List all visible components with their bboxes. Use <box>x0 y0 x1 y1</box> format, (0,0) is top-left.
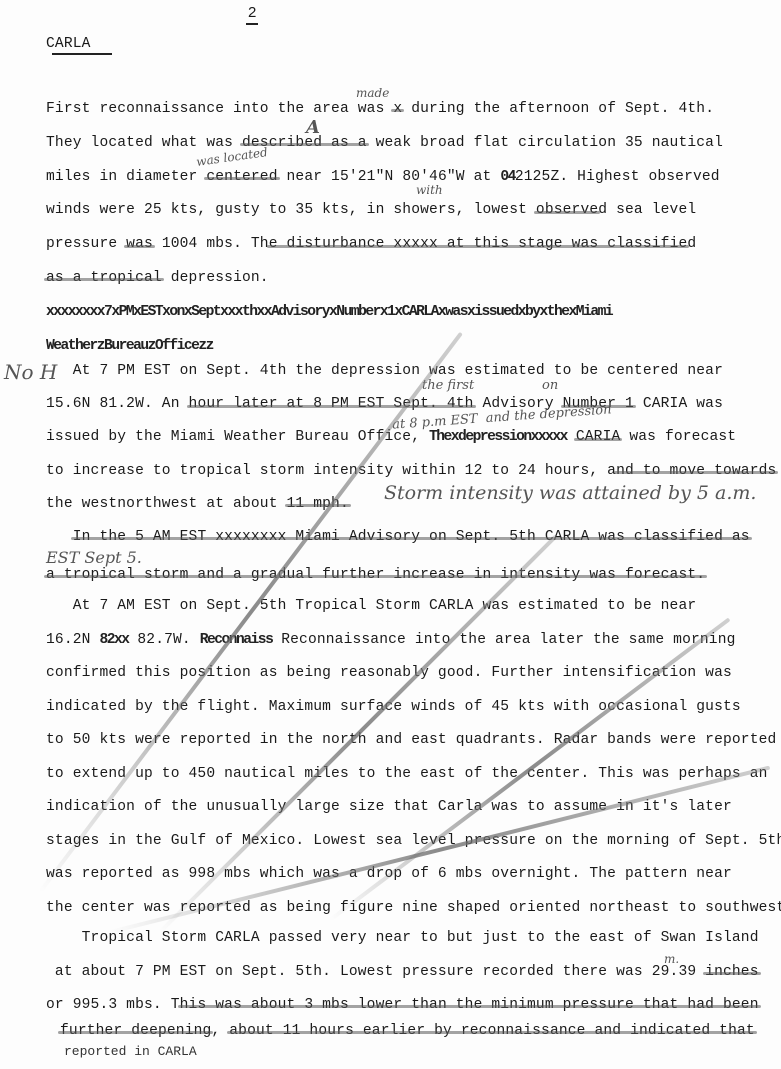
annotation-est-sept-5: EST Sept 5. <box>46 548 142 567</box>
struck-text: CARIA <box>576 429 621 445</box>
text-line: or 995.3 mbs. This was about 3 mbs lower… <box>46 996 759 1014</box>
text-segment: issued by the Miami Weather Bureau Offic… <box>46 429 429 445</box>
text-segment: stages in the Gulf of Mexico. Lowest sea… <box>46 833 781 849</box>
text-line: the center was reported as being figure … <box>46 899 781 917</box>
annotation-a: A <box>306 117 320 138</box>
text-segment: pressure <box>46 236 126 252</box>
text-segment: the westnorthwest at about <box>46 496 287 512</box>
text-segment <box>46 529 73 545</box>
text-segment: to extend up to 450 nautical miles to th… <box>46 766 768 782</box>
typed-xout: 82xx <box>99 632 128 648</box>
text-line: In the 5 AM EST xxxxxxxx Miami Advisory … <box>46 528 750 546</box>
text-line: pressure was 1004 mbs. The disturbance x… <box>46 235 696 253</box>
text-segment: 82.7W. <box>128 632 199 648</box>
struck-text: observe <box>536 202 598 218</box>
typed-xout: xxxxxxxx7xPMxESTxonxSeptxxxthxxAdvisoryx… <box>46 304 612 320</box>
document-heading: CARLA <box>46 35 91 53</box>
text-line: winds were 25 kts, gusty to 35 kts, in s… <box>46 201 696 219</box>
text-segment: winds were 25 kts, gusty to 35 kts, in s… <box>46 202 536 218</box>
text-line: WeatherzBureauzOfficezz <box>46 337 213 355</box>
text-segment: d sea level <box>598 202 696 218</box>
text-segment: miles in diameter <box>46 169 206 185</box>
heading-underline <box>52 53 112 55</box>
text-line: 15.6N 81.2W. An hour later at 8 PM EST S… <box>46 395 723 413</box>
text-segment: depression. <box>162 270 269 286</box>
text-line: the westnorthwest at about 11 mph. <box>46 495 349 513</box>
typed-xout: Thexdepressionxxxxx <box>429 429 567 445</box>
text-segment: They located what was <box>46 135 242 151</box>
struck-text: In the 5 AM EST xxxxxxxx Miami Advisory … <box>73 529 750 545</box>
typed-xout: 04 <box>500 169 515 185</box>
text-line: a tropical storm and a gradual further i… <box>46 566 705 584</box>
text-segment: or 995.3 mbs. T <box>46 997 180 1013</box>
struck-text: about 11 hours earlier by reconnaissance… <box>229 1023 755 1039</box>
text-segment: to increase to tropical storm intensity … <box>46 463 616 479</box>
annotation-the-first: the first <box>422 378 474 393</box>
text-line: at about 7 PM EST on Sept. 5th. Lowest p… <box>46 963 759 981</box>
text-segment: near 15'21"N 80'46"W at <box>278 169 501 185</box>
typed-xout: WeatherzBureauzOfficezz <box>46 338 213 354</box>
text-line: At 7 PM EST on Sept. 4th the depression … <box>46 362 723 380</box>
struck-text: inches <box>705 964 758 980</box>
text-segment: 2125Z. Highest observed <box>515 169 720 185</box>
struck-text: x <box>393 101 402 117</box>
text-line: Tropical Storm CARLA passed very near to… <box>46 929 759 947</box>
text-segment: during the afternoon of Sept. 4th. <box>402 101 714 117</box>
text-line: further deepening, about 11 hours earlie… <box>60 1022 755 1040</box>
text-segment: confirmed this position as being reasona… <box>46 665 732 681</box>
annotation-m: m. <box>664 952 679 966</box>
text-segment: was forecast <box>620 429 736 445</box>
annotation-with: with <box>416 183 443 197</box>
struck-text: nd to move towards <box>616 463 776 479</box>
struck-text: e disturbance xxxxx at this stage was cl… <box>269 236 688 252</box>
text-segment: Tropical Storm CARLA passed very near to… <box>46 930 759 946</box>
text-segment: d <box>687 236 696 252</box>
annotation-on: on <box>542 378 558 393</box>
struck-text: centered <box>206 169 277 185</box>
text-line: issued by the Miami Weather Bureau Offic… <box>46 428 736 446</box>
document-page: 2 CARLA First reconnaissance into the ar… <box>0 0 781 1069</box>
text-line: At 7 AM EST on Sept. 5th Tropical Storm … <box>46 597 696 615</box>
text-segment: At 7 PM EST on Sept. 4th the depression … <box>46 363 723 379</box>
struck-text: further deepening <box>60 1023 211 1039</box>
annotation-made: made <box>356 86 389 100</box>
text-segment: CARIA was <box>634 396 723 412</box>
text-segment: First reconnaissance into the area was <box>46 101 393 117</box>
text-line: to extend up to 450 nautical miles to th… <box>46 765 768 783</box>
annotation-storm-intensity: Storm intensity was attained by 5 a.m. <box>384 482 756 504</box>
text-segment: At 7 AM EST on Sept. 5th Tropical Storm … <box>46 598 696 614</box>
text-segment: Reconnaissance into the area later the s… <box>272 632 735 648</box>
text-line: xxxxxxxx7xPMxESTxonxSeptxxxthxxAdvisoryx… <box>46 303 612 321</box>
text-line: to increase to tropical storm intensity … <box>46 462 776 480</box>
text-segment: 16.2N <box>46 632 99 648</box>
text-segment: the center was reported as being figure … <box>46 900 781 916</box>
struck-text: a tropical storm and a gradual further i… <box>46 567 705 583</box>
text-segment: 15.6N 81.2W. An <box>46 396 189 412</box>
text-segment: at about 7 PM EST on Sept. 5th. Lowest p… <box>46 964 705 980</box>
annotation-no-h: No H <box>4 360 57 384</box>
struck-text: hour later at 8 PM EST Sept. 4th <box>189 396 474 412</box>
text-segment: weak broad flat circulation 35 nautical <box>367 135 723 151</box>
page-number-underline <box>246 23 258 25</box>
struck-text: was <box>126 236 153 252</box>
text-line: as a tropical depression. <box>46 269 269 287</box>
text-line: First reconnaissance into the area was x… <box>46 100 714 118</box>
text-line: stages in the Gulf of Mexico. Lowest sea… <box>46 832 781 850</box>
text-segment: 1004 mbs. Th <box>153 236 269 252</box>
struck-text: as a tropical <box>46 270 162 286</box>
page-number: 2 <box>248 4 256 21</box>
text-line: 16.2N 82xx 82.7W. Reconnaiss Reconnaissa… <box>46 631 736 649</box>
annotation-reported-in-carla: reported in CARLA <box>64 1044 197 1059</box>
text-line: miles in diameter centered near 15'21"N … <box>46 168 720 186</box>
struck-text: 11 mph. <box>287 496 349 512</box>
text-line: confirmed this position as being reasona… <box>46 664 732 682</box>
struck-text: his was about 3 mbs lower than the minim… <box>180 997 759 1013</box>
text-line: They located what was described as a wea… <box>46 134 723 152</box>
